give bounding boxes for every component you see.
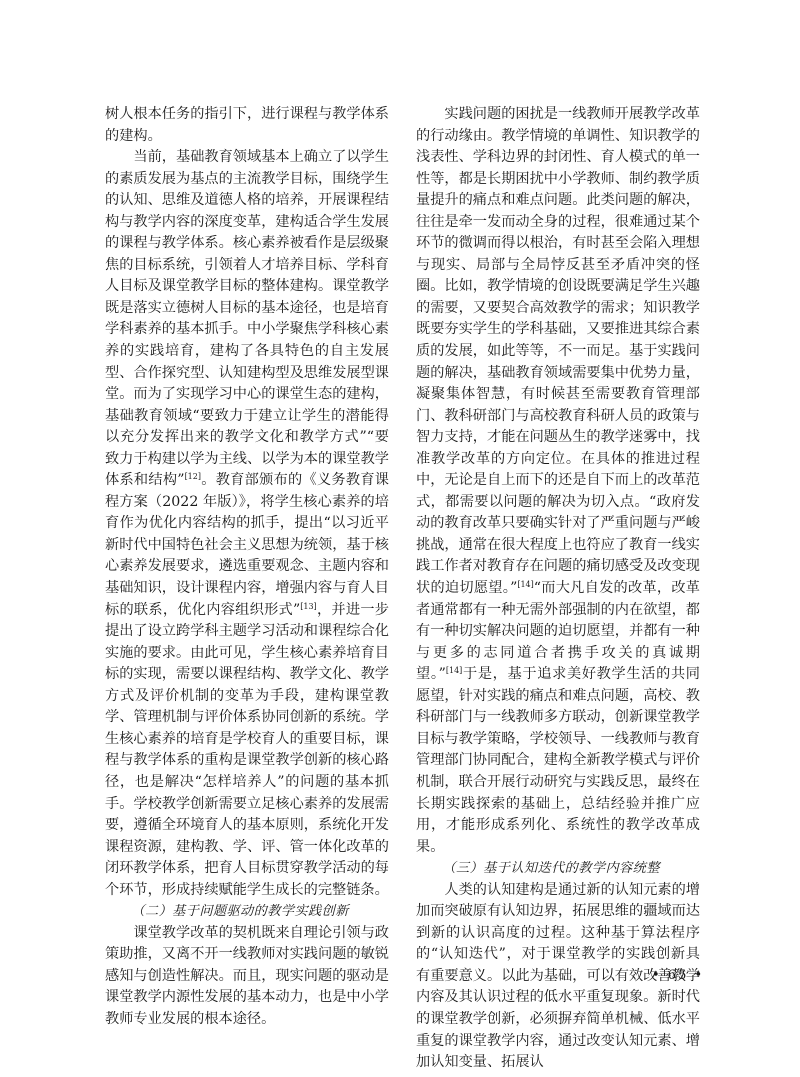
citation-ref: [13] [300, 602, 316, 611]
citation-ref: [14] [446, 666, 462, 675]
section-heading-2: （二）基于问题驱动的教学实践创新 [105, 901, 389, 923]
left-column: 树人根本任务的指引下，进行课程与教学体系的建构。 当前，基础教育领域基本上确立了… [105, 104, 389, 1031]
paragraph-practice-problems: 实践问题的困扰是一线教师开展教学改革的行动缘由。教学情境的单调性、知识教学的浅表… [416, 104, 700, 858]
paragraph-problem-driven: 课堂教学改革的契机既来自理论引领与政策助推，又离不开一线教师对实践问题的敏锐感知… [105, 923, 389, 1031]
continuation-text: 树人根本任务的指引下，进行课程与教学体系的建构。 [105, 104, 389, 147]
page-number: • 65 • [652, 968, 704, 983]
section-heading-3: （三）基于认知迭代的教学内容统整 [416, 858, 700, 880]
right-column: 实践问题的困扰是一线教师开展教学改革的行动缘由。教学情境的单调性、知识教学的浅表… [416, 104, 700, 1074]
citation-ref: [14] [517, 580, 533, 589]
citation-ref: [12] [185, 472, 201, 481]
paragraph-core-literacy: 当前，基础教育领域基本上确立了以学生的素质发展为基点的主流教学目标，围绕学生的认… [105, 147, 389, 901]
